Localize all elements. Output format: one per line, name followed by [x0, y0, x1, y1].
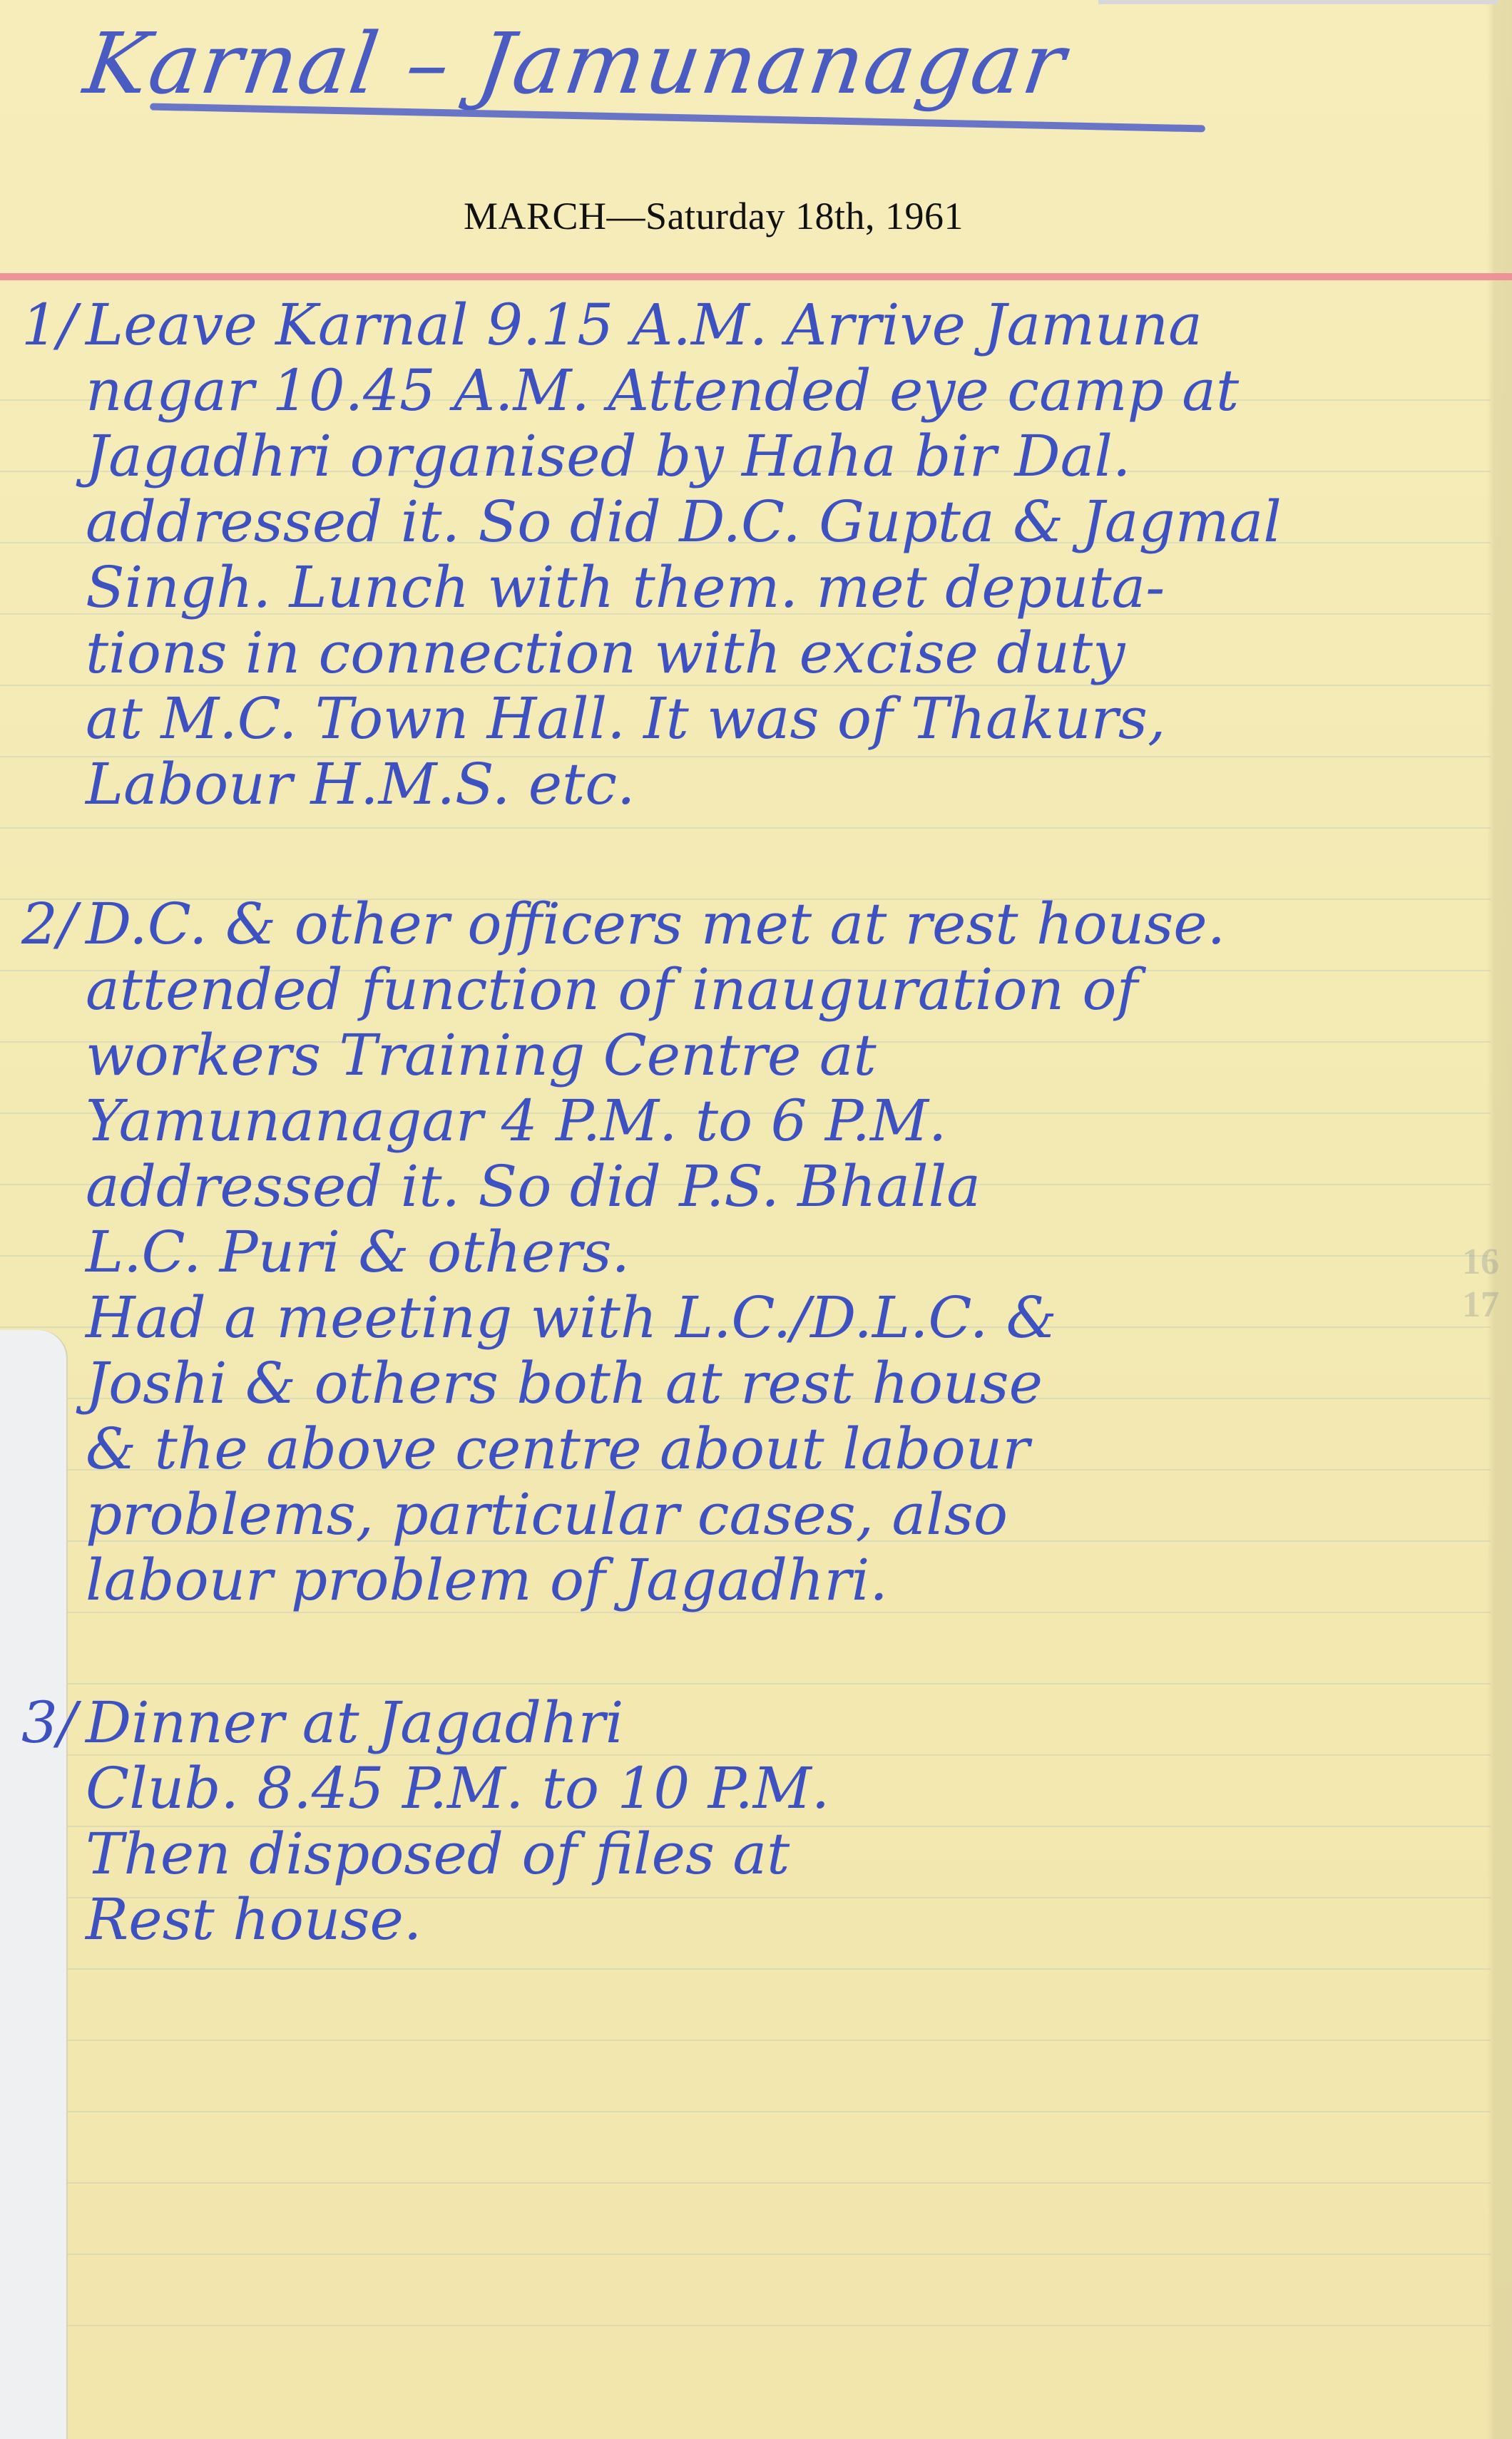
entry-line: Jagadhri organised by Haha bir Dal.: [21, 424, 1491, 489]
entry-number: 2/: [21, 891, 86, 957]
entry-line: workers Training Centre at: [21, 1023, 1491, 1088]
ruled-line: [0, 2040, 1491, 2041]
entry-line: at M.C. Town Hall. It was of Thakurs,: [21, 686, 1491, 752]
scan-edge-strip: [1098, 0, 1498, 4]
entry-line: Singh. Lunch with them. met deputa-: [21, 555, 1491, 620]
entry-line: Labour H.M.S. etc.: [21, 752, 1491, 817]
red-margin-rule: [0, 273, 1512, 280]
entry-line: Then disposed of files at: [21, 1821, 1491, 1887]
entry-line: 3/Dinner at Jagadhri: [21, 1690, 1491, 1756]
diary-page: Karnal – Jamunanagar MARCH—Saturday 18th…: [0, 0, 1512, 2439]
ruled-line: [0, 2254, 1491, 2255]
ruled-line: [0, 1968, 1491, 1970]
entry-line: 2/D.C. & other officers met at rest hous…: [21, 891, 1491, 957]
ruled-line: [0, 2111, 1491, 2112]
entry-line: Had a meeting with L.C./D.L.C. &: [21, 1285, 1491, 1351]
entry-line: tions in connection with excise duty: [21, 620, 1491, 686]
ruled-line: [0, 1683, 1491, 1684]
handwritten-heading: Karnal – Jamunanagar: [78, 14, 1072, 113]
entry-line: Club. 8.45 P.M. to 10 P.M.: [21, 1756, 1491, 1821]
diary-entry-3: 3/Dinner at Jagadhri Club. 8.45 P.M. to …: [21, 1690, 1491, 1953]
entry-line: Joshi & others both at rest house: [21, 1351, 1491, 1416]
ruled-line: [0, 2325, 1491, 2326]
entry-line: nagar 10.45 A.M. Attended eye camp at: [21, 358, 1491, 424]
entry-line: 1/Leave Karnal 9.15 A.M. Arrive Jamuna: [21, 292, 1491, 358]
entry-number: 1/: [21, 292, 86, 358]
entry-line: labour problem of Jagadhri.: [21, 1548, 1491, 1613]
entry-line: problems, particular cases, also: [21, 1482, 1491, 1548]
ruled-line: [0, 2182, 1491, 2184]
entry-line: Yamunanagar 4 P.M. to 6 P.M.: [21, 1088, 1491, 1154]
diary-entry-2: 2/D.C. & other officers met at rest hous…: [21, 891, 1491, 1613]
entry-number: 3/: [21, 1690, 86, 1756]
diary-entry-1: 1/Leave Karnal 9.15 A.M. Arrive Jamuna n…: [21, 292, 1491, 817]
ruled-line: [0, 827, 1491, 829]
entry-line: attended function of inauguration of: [21, 957, 1491, 1023]
entry-line: addressed it. So did D.C. Gupta & Jagmal: [21, 489, 1491, 555]
printed-date: MARCH—Saturday 18th, 1961: [464, 194, 964, 238]
entry-line: Rest house.: [21, 1887, 1491, 1953]
entry-line: & the above centre about labour: [21, 1416, 1491, 1482]
entry-line: addressed it. So did P.S. Bhalla: [21, 1154, 1491, 1219]
entry-line: L.C. Puri & others.: [21, 1219, 1491, 1285]
